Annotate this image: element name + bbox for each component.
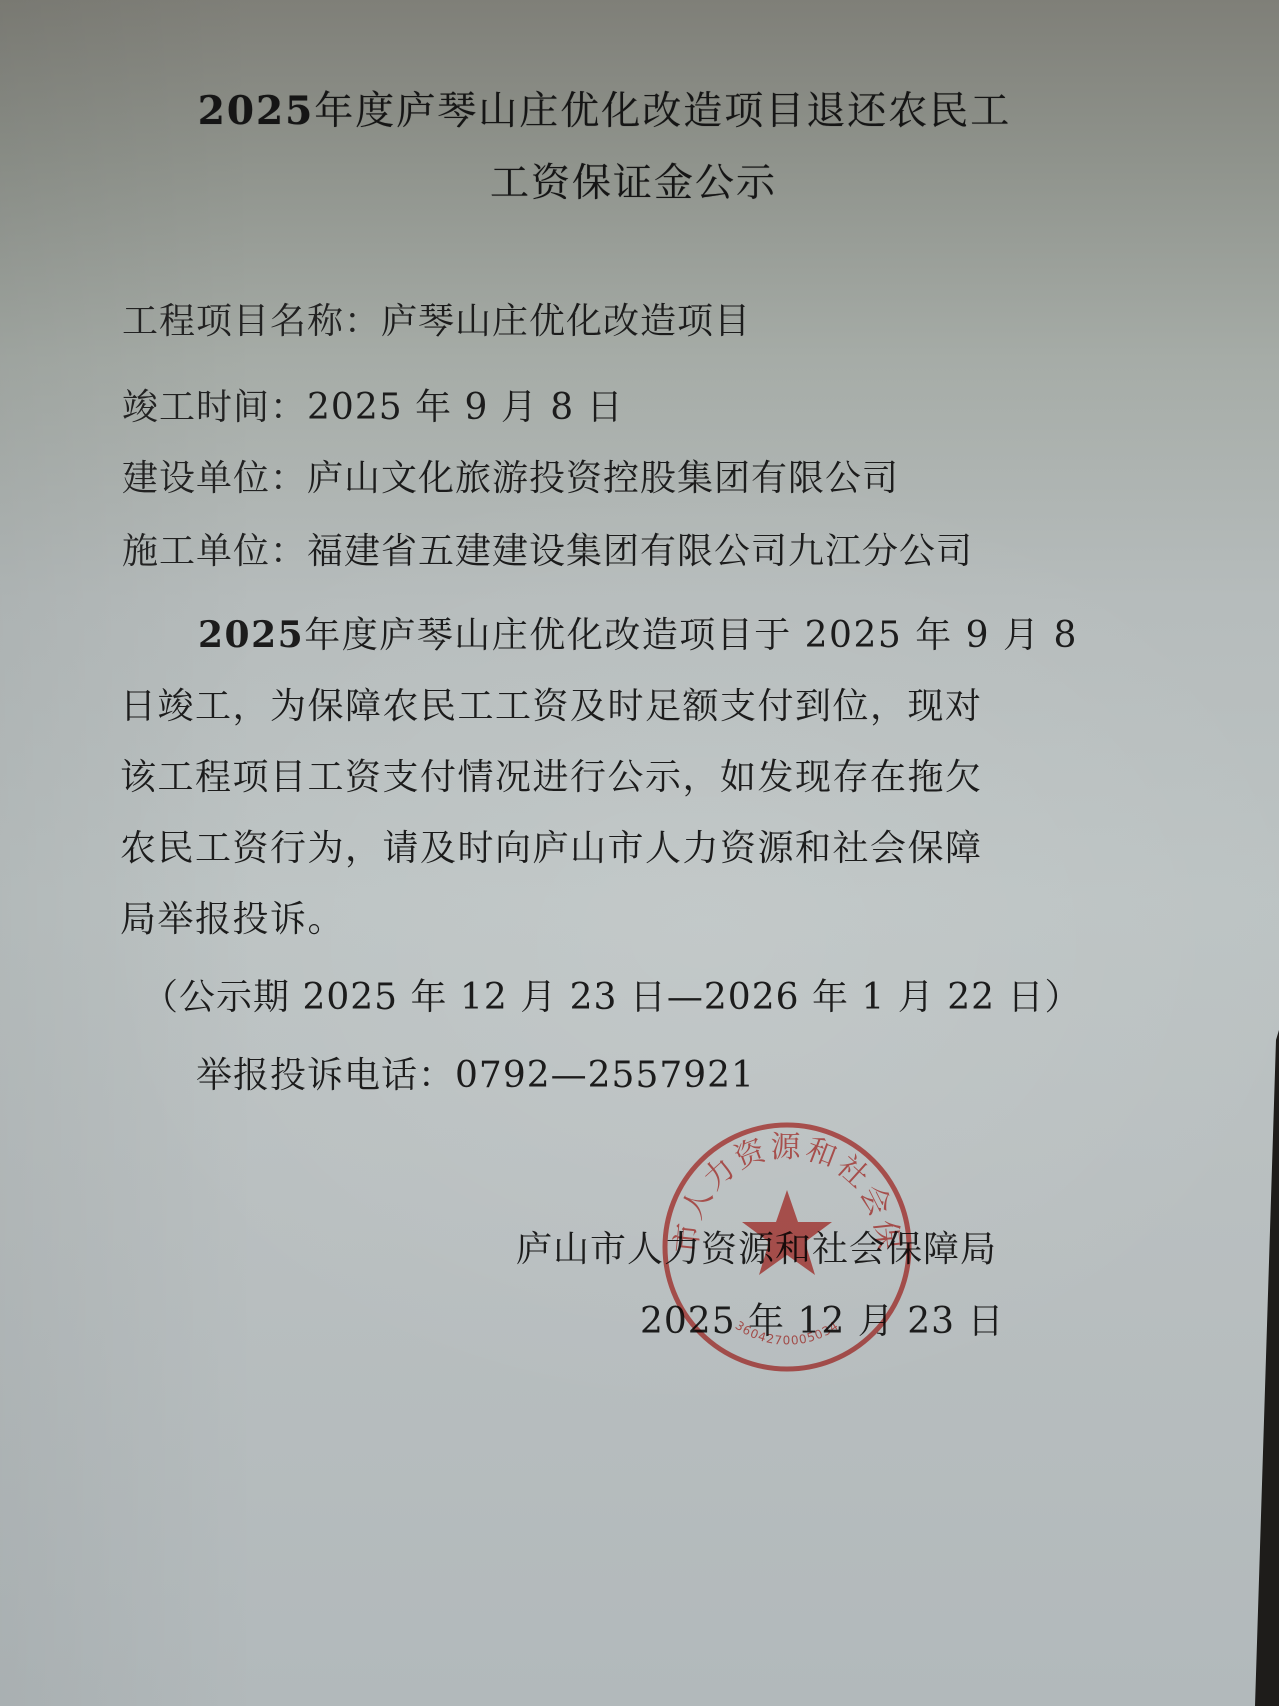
body-line-3: 该工程项目工资支付情况进行公示，如发现存在拖欠 (120, 742, 1070, 813)
seal-code: 3604270005034 (733, 1318, 842, 1347)
field-value: 2025 年 9 月 8 日 (307, 387, 624, 428)
complaint-hotline: 举报投诉电话：0792—2557921 (196, 1054, 755, 1098)
svg-text:3604270005034: 3604270005034 (733, 1318, 842, 1347)
body-line-1: 2025年度庐琴山庄优化改造项目于 2025 年 9 月 8 (120, 600, 1070, 671)
document-title-line-2: 工资保证金公示 (0, 152, 1273, 208)
field-value: 庐琴山庄优化改造项目 (381, 301, 751, 342)
body-line-5: 局举报投诉。 (120, 884, 1070, 955)
field-developer: 建设单位：庐山文化旅游投资控股集团有限公司 (122, 457, 899, 501)
body-paragraph: 2025年度庐琴山庄优化改造项目于 2025 年 9 月 8 日竣工，为保障农民… (120, 600, 1070, 955)
field-value: 福建省五建建设集团有限公司九江分公司 (307, 531, 973, 572)
field-value: 庐山文化旅游投资控股集团有限公司 (307, 458, 899, 499)
hotline-label: 举报投诉电话： (196, 1055, 455, 1096)
field-contractor: 施工单位：福建省五建建设集团有限公司九江分公司 (122, 530, 973, 574)
field-label: 施工单位： (122, 531, 307, 572)
body-line-2: 日竣工，为保障农民工工资及时足额支付到位，现对 (120, 671, 1070, 742)
publicity-period: （公示期 2025 年 12 月 23 日—2026 年 1 月 22 日） (142, 976, 1081, 1020)
official-seal-icon: 庐山市人力资源和社会保障局 3604270005034 (660, 1120, 914, 1374)
hotline-number: 0792—2557921 (455, 1055, 755, 1096)
field-project-name: 工程项目名称：庐琴山庄优化改造项目 (122, 300, 751, 344)
field-completion-date: 竣工时间：2025 年 9 月 8 日 (122, 386, 624, 430)
document-title-line-1: 2025年度庐琴山庄优化改造项目退还农民工 (0, 80, 1244, 136)
field-label: 竣工时间： (122, 387, 307, 428)
body-line-4: 农民工资行为，请及时向庐山市人力资源和社会保障 (120, 813, 1070, 884)
title-year: 2025 (198, 88, 315, 134)
field-label: 建设单位： (122, 458, 307, 499)
body-line-1-text: 年度庐琴山庄优化改造项目于 2025 年 9 月 8 (304, 615, 1078, 656)
field-label: 工程项目名称： (122, 301, 381, 342)
notice-document: 2025年度庐琴山庄优化改造项目退还农民工 工资保证金公示 工程项目名称：庐琴山… (0, 0, 1279, 1706)
body-lead-year: 2025 (198, 614, 304, 656)
title-text-1: 年度庐琴山庄优化改造项目退还农民工 (314, 89, 1011, 134)
seal-star-icon (742, 1190, 832, 1275)
